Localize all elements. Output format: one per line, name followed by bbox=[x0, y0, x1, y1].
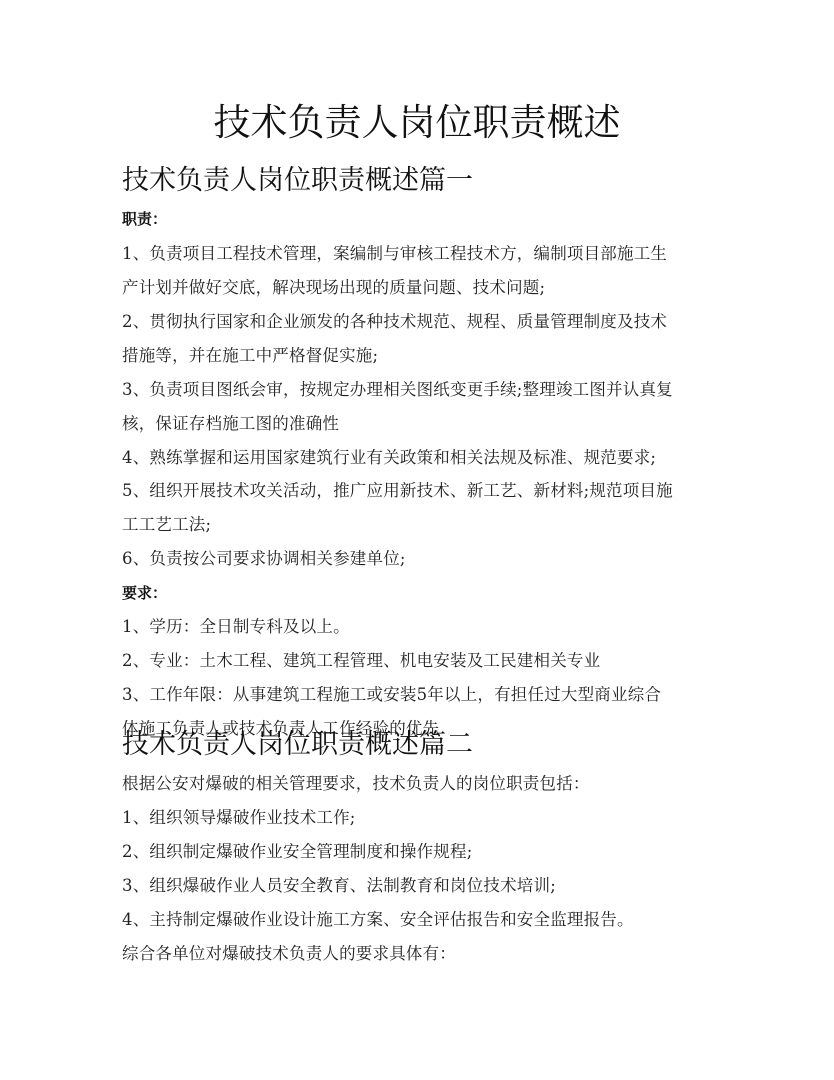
section-2-line: 3、组织爆破作业人员安全教育、法制教育和岗位技术培训; bbox=[122, 874, 556, 898]
duty-line: 1、负责项目工程技术管理，案编制与审核工程技术方，编制项目部施工生 bbox=[122, 242, 667, 266]
duty-line: 5、组织开展技术攻关活动，推广应用新技术、新工艺、新材料;规范项目施 bbox=[122, 479, 673, 503]
duty-line: 工工艺工法; bbox=[122, 513, 211, 537]
section-2-line: 4、主持制定爆破作业设计施工方案、安全评估报告和安全监理报告。 bbox=[122, 908, 634, 932]
section-2-line: 根据公安对爆破的相关管理要求，技术负责人的岗位职责包括： bbox=[122, 772, 590, 796]
duty-line: 2、贯彻执行国家和企业颁发的各种技术规范、规程、质量管理制度及技术 bbox=[122, 310, 667, 334]
requirement-line: 3、工作年限：从事建筑工程施工或安装5年以上，有担任过大型商业综合 bbox=[122, 683, 661, 707]
duty-line: 4、熟练掌握和运用国家建筑行业有关政策和相关法规及标准、规范要求; bbox=[122, 446, 656, 470]
document-page: 技术负责人岗位职责概述 技术负责人岗位职责概述篇一 职责： 1、负责项目工程技术… bbox=[0, 0, 834, 1080]
section-2-line: 综合各单位对爆破技术负责人的要求具体有： bbox=[122, 942, 456, 966]
duty-line: 措施等，并在施工中严格督促实施; bbox=[122, 344, 378, 368]
requirement-line: 2、专业：土木工程、建筑工程管理、机电安装及工民建相关专业 bbox=[122, 649, 600, 673]
requirement-line: 1、学历：全日制专科及以上。 bbox=[122, 615, 350, 639]
duty-line: 3、负责项目图纸会审，按规定办理相关图纸变更手续;整理竣工图并认真复 bbox=[122, 378, 673, 402]
document-title: 技术负责人岗位职责概述 bbox=[0, 98, 834, 148]
section-1-heading: 技术负责人岗位职责概述篇一 bbox=[122, 162, 473, 200]
requirements-label: 要求： bbox=[122, 582, 167, 604]
duty-line: 核，保证存档施工图的准确性 bbox=[122, 412, 339, 436]
duty-line: 6、负责按公司要求协调相关参建单位; bbox=[122, 547, 406, 571]
section-2-line: 2、组织制定爆破作业安全管理制度和操作规程; bbox=[122, 840, 472, 864]
duties-label: 职责： bbox=[122, 208, 167, 230]
section-2-line: 1、组织领导爆破作业技术工作; bbox=[122, 806, 356, 830]
section-2-heading: 技术负责人岗位职责概述篇二 bbox=[122, 726, 473, 764]
duty-line: 产计划并做好交底，解决现场出现的质量问题、技术问题; bbox=[122, 276, 545, 300]
